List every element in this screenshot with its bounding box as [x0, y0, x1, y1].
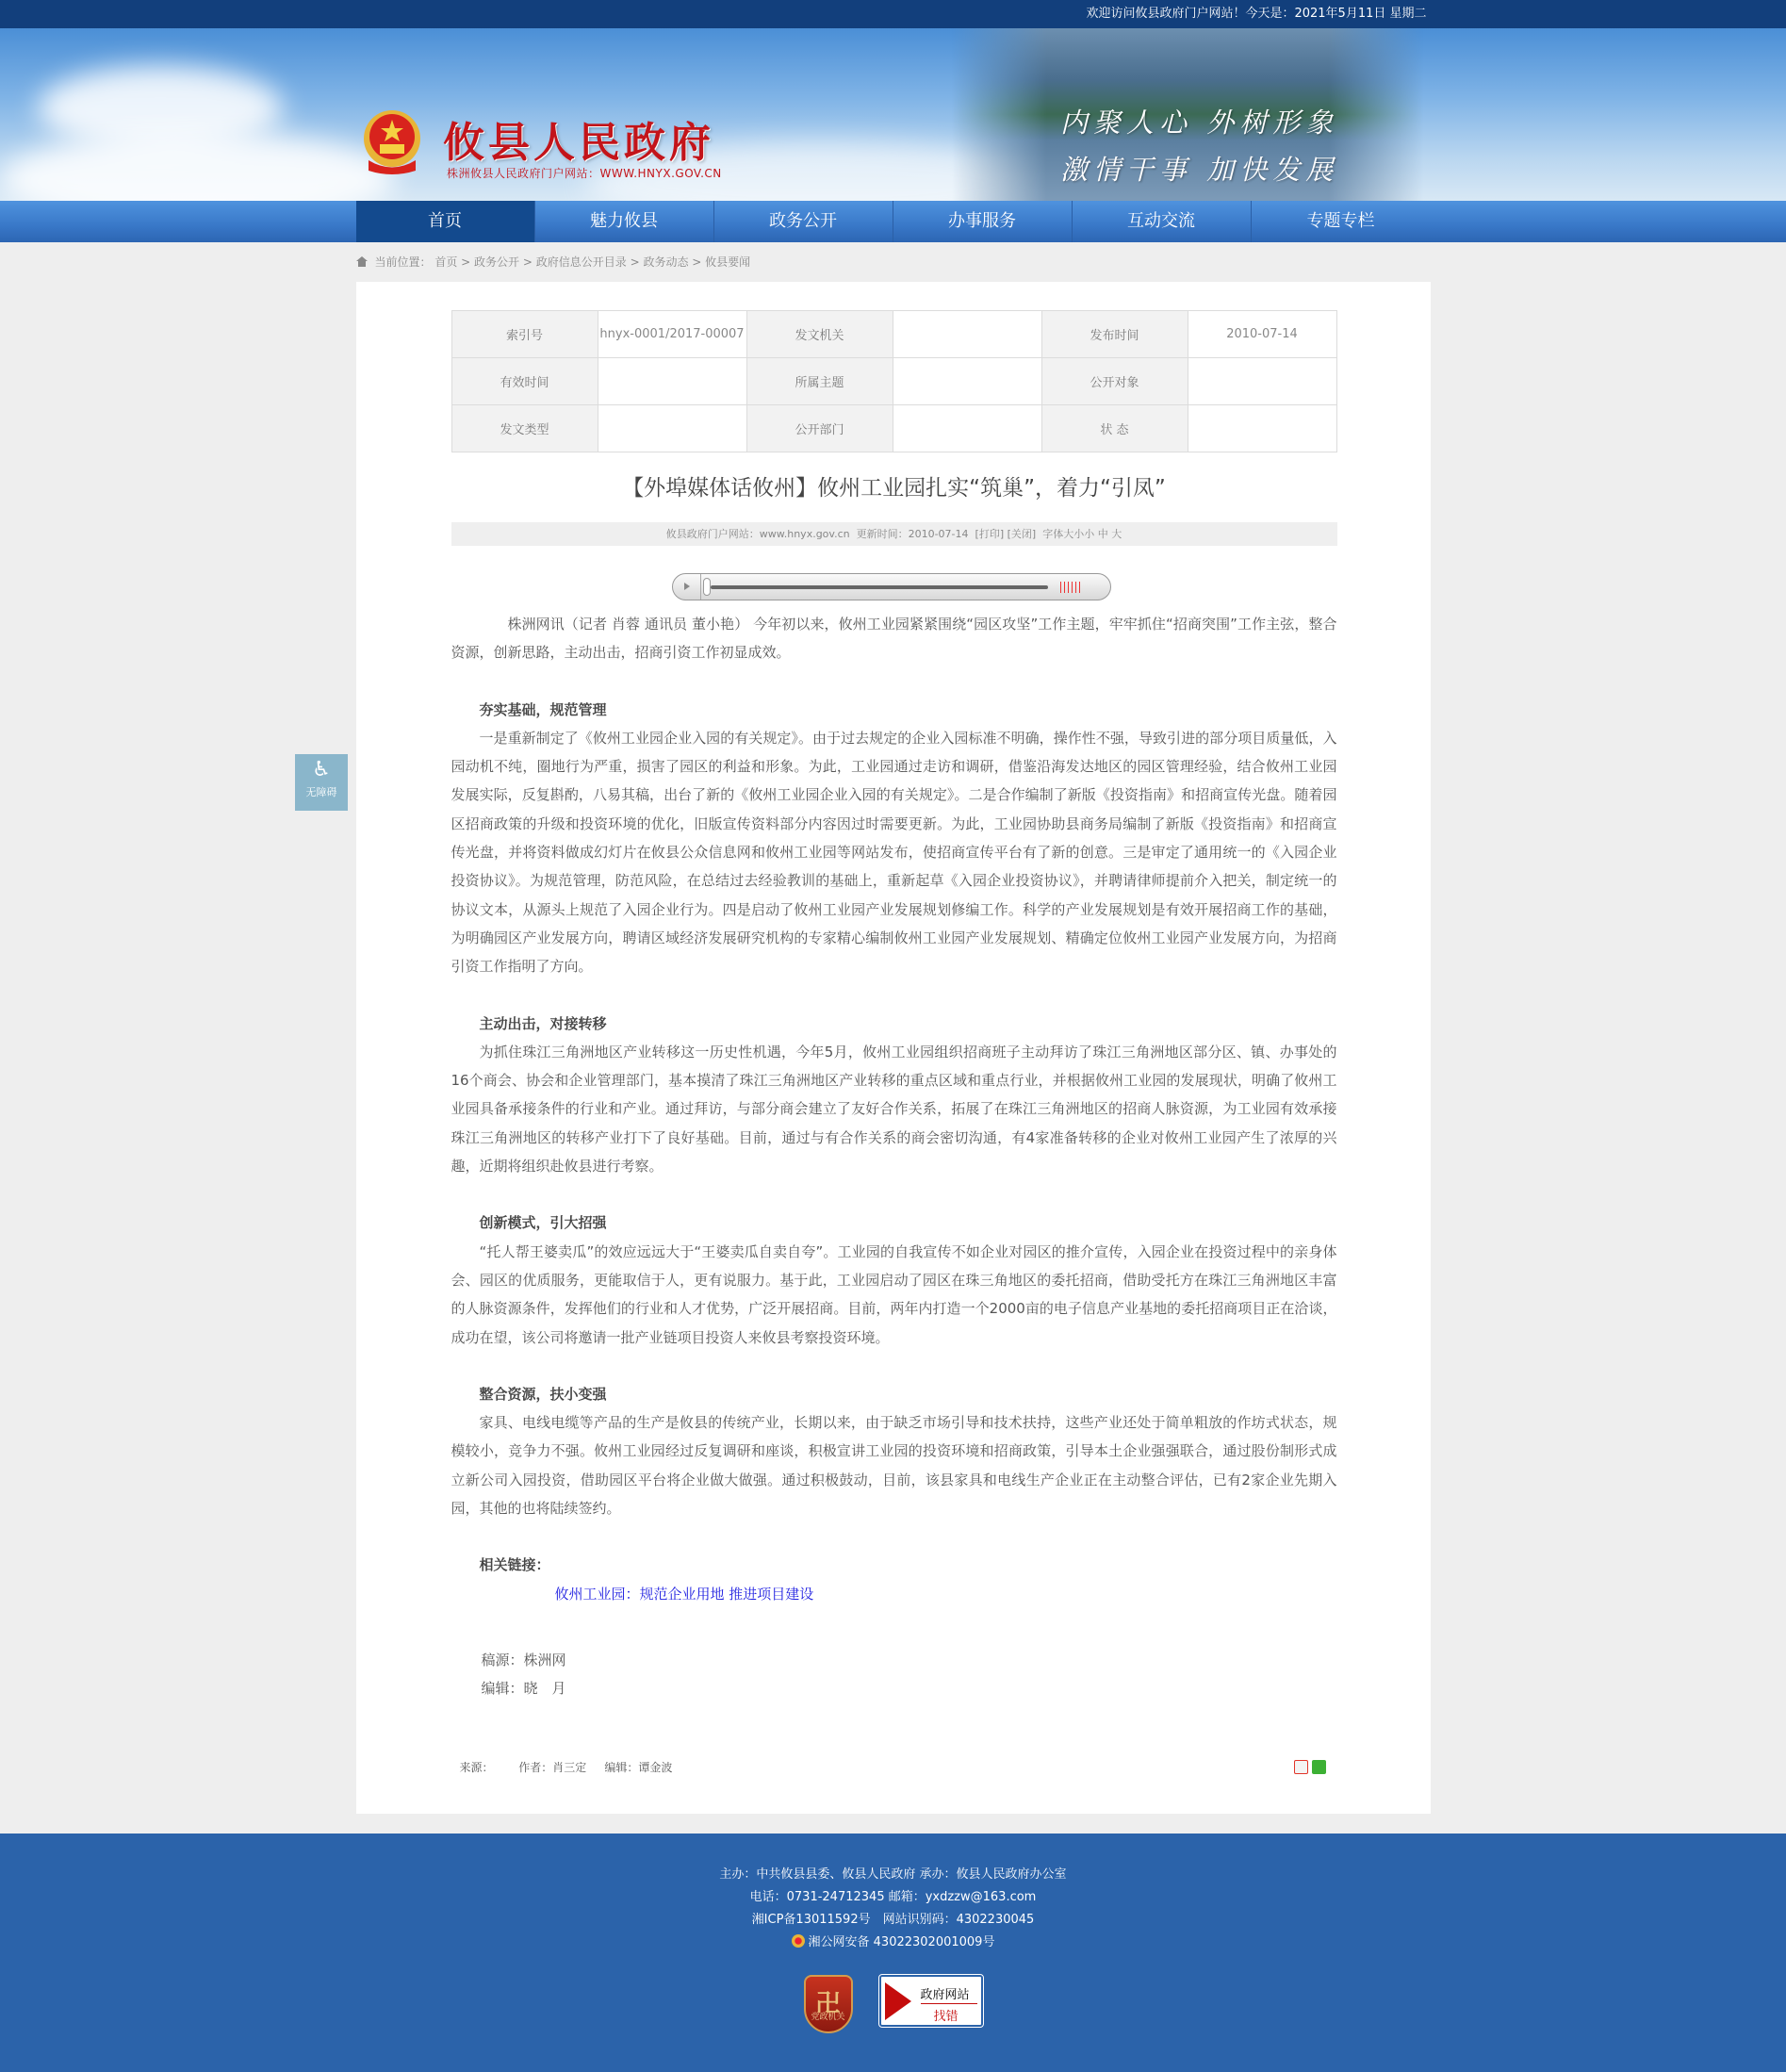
meta-value: [1188, 405, 1336, 452]
section-heading: 创新模式，引大招强: [451, 1209, 1337, 1237]
footer-sponsor: 主办：中共攸县县委、攸县人民政府 承办：攸县人民政府办公室: [0, 1864, 1786, 1886]
site-footer: 主办：中共攸县县委、攸县人民政府 承办：攸县人民政府办公室 电话：0731-24…: [0, 1834, 1786, 2072]
meta-value: [893, 358, 1041, 405]
section-paragraph: 一是重新制定了《攸州工业园企业入园的有关规定》。由于过去规定的企业入园标准不明确…: [451, 724, 1337, 981]
meta-value: [1188, 358, 1336, 405]
font-small-button[interactable]: 小: [1084, 528, 1094, 540]
breadcrumb-separator: >: [627, 255, 644, 269]
find-error-button[interactable]: 政府网站 找错: [879, 1975, 983, 2027]
section-heading: 主动出击，对接转移: [451, 1010, 1337, 1038]
breadcrumb-separator: >: [688, 255, 705, 269]
seek-handle[interactable]: [703, 578, 711, 596]
weibo-share-icon[interactable]: [1294, 1760, 1308, 1774]
breadcrumb-gov-news[interactable]: 政务动态: [643, 255, 688, 269]
meta-key: 发文类型: [451, 405, 598, 452]
nav-item-services[interactable]: 办事服务: [893, 201, 1073, 242]
breadcrumb-county-news[interactable]: 攸县要闻: [705, 255, 750, 269]
article-info-bar: 攸县政府门户网站：www.hnyx.gov.cn 更新时间：2010-07-14…: [451, 522, 1337, 546]
article-body: 株洲网讯（记者 肖蓉 通讯员 董小艳） 今年初以来，攸州工业园紧紧围绕“园区攻坚…: [451, 610, 1337, 1703]
nav-item-home[interactable]: 首页: [356, 201, 535, 242]
meta-key: 发布时间: [1041, 311, 1188, 358]
footer-source: 来源：: [460, 1761, 494, 1774]
meta-key: 所属主题: [746, 358, 893, 405]
party-badge-label: 党政机关: [806, 2010, 851, 2022]
breadcrumb-home[interactable]: 首页: [434, 255, 457, 269]
home-icon: [356, 256, 368, 267]
document-meta-table: 索引号hnyx-0001/2017-00007 发文机关 发布时间2010-07…: [451, 310, 1337, 452]
info-site: 攸县政府门户网站：www.hnyx.gov.cn: [666, 528, 850, 540]
meta-value: [598, 405, 746, 452]
nav-item-topics[interactable]: 专题专栏: [1252, 201, 1431, 242]
wechat-share-icon[interactable]: [1312, 1760, 1326, 1774]
footer-author: 作者：肖三定: [518, 1761, 586, 1774]
magnifier-icon: [885, 1982, 911, 2020]
play-icon[interactable]: [673, 574, 701, 600]
meta-key: 索引号: [451, 311, 598, 358]
related-links-label: 相关链接：: [451, 1551, 1337, 1579]
welcome-text: 欢迎访问攸县政府门户网站！今天是：2021年5月11日 星期二: [356, 0, 1431, 28]
footer-icp: 湘ICP备13011592号 网站识别码：4302230045: [0, 1909, 1786, 1932]
article-title: 【外埠媒体话攸州】攸州工业园扎实“筑巢”，着力“引凤”: [451, 470, 1337, 502]
nav-item-interaction[interactable]: 互动交流: [1073, 201, 1252, 242]
slogan-line-2: 激情干事 加快发展: [1060, 149, 1338, 188]
accessibility-label: 无障碍: [295, 784, 348, 799]
findbug-sub: 找错: [934, 2006, 959, 2024]
meta-value: [893, 405, 1041, 452]
meta-value: 2010-07-14: [1188, 311, 1336, 358]
meta-value: [598, 358, 746, 405]
meta-key: 状 态: [1041, 405, 1188, 452]
meta-key: 公开对象: [1041, 358, 1188, 405]
section-heading: 整合资源，扶小变强: [451, 1380, 1337, 1408]
party-gov-badge[interactable]: 卍 党政机关: [804, 1975, 853, 2033]
lead-paragraph: 株洲网讯（记者 肖蓉 通讯员 董小艳） 今年初以来，攸州工业园紧紧围绕“园区攻坚…: [451, 610, 1337, 667]
breadcrumb: 当前位置： 首页 > 政务公开 > 政府信息公开目录 > 政务动态 > 攸县要闻: [356, 242, 1431, 282]
nav-item-charm[interactable]: 魅力攸县: [535, 201, 714, 242]
font-medium-button[interactable]: 中: [1098, 528, 1108, 540]
meta-key: 公开部门: [746, 405, 893, 452]
close-link[interactable]: [关闭]: [1008, 528, 1037, 540]
article-container: 索引号hnyx-0001/2017-00007 发文机关 发布时间2010-07…: [356, 282, 1431, 1814]
findbug-title: 政府网站: [921, 1984, 970, 2002]
section-paragraph: 家具、电线电缆等产品的生产是攸县的传统产业，长期以来，由于缺乏市场引导和技术扶持…: [451, 1408, 1337, 1522]
wheelchair-icon: ♿: [295, 754, 348, 784]
font-size-label: 字体大小: [1042, 528, 1084, 540]
seek-track[interactable]: [711, 585, 1048, 589]
breadcrumb-separator: >: [519, 255, 536, 269]
print-link[interactable]: [打印]: [975, 528, 1005, 540]
breadcrumb-info-catalog[interactable]: 政府信息公开目录: [536, 255, 627, 269]
audio-player: [672, 573, 1111, 600]
top-bar: 欢迎访问攸县政府门户网站！今天是：2021年5月11日 星期二: [0, 0, 1786, 28]
footer-police-record[interactable]: 湘公网安备 43022302001009号: [809, 1935, 995, 1949]
meta-value: [893, 311, 1041, 358]
font-large-button[interactable]: 大: [1111, 528, 1122, 540]
header-banner: 攸县人民政府 株洲攸县人民政府门户网站：WWW.HNYX.GOV.CN 内聚人心…: [0, 28, 1786, 201]
site-title: 攸县人民政府: [443, 108, 714, 169]
breadcrumb-gov-affairs[interactable]: 政务公开: [474, 255, 519, 269]
section-paragraph: 为抓住珠江三角洲地区产业转移这一历史性机遇，今年5月，攸州工业园组织招商班子主动…: [451, 1038, 1337, 1180]
volume-icon[interactable]: [1060, 582, 1081, 593]
main-nav: 首页 魅力攸县 政务公开 办事服务 互动交流 专题专栏: [0, 201, 1786, 242]
section-heading: 夯实基础，规范管理: [451, 696, 1337, 724]
national-emblem-icon: [361, 108, 423, 176]
article-source: 稿源：株洲网: [451, 1646, 1337, 1674]
meta-key: 有效时间: [451, 358, 598, 405]
meta-value: hnyx-0001/2017-00007: [598, 311, 746, 358]
article-editor: 编辑：晓 月: [451, 1674, 1337, 1702]
police-badge-icon: [792, 1934, 805, 1948]
related-link[interactable]: 攸州工业园：规范企业用地 推进项目建设: [555, 1586, 814, 1603]
nav-item-gov-affairs[interactable]: 政务公开: [714, 201, 893, 242]
footer-contact: 电话：0731-24712345 邮箱：yxdzzw@163.com: [0, 1886, 1786, 1909]
footer-editor: 编辑：谭金波: [604, 1761, 672, 1774]
accessibility-button[interactable]: ♿ 无障碍: [295, 754, 348, 811]
info-updated: 更新时间：2010-07-14: [857, 528, 969, 540]
breadcrumb-label: 当前位置：: [375, 255, 432, 269]
article-footer-meta: 来源： 作者：肖三定 编辑：谭金波: [460, 1759, 673, 1775]
breadcrumb-separator: >: [457, 255, 474, 269]
meta-key: 发文机关: [746, 311, 893, 358]
site-subtitle: 株洲攸县人民政府门户网站：WWW.HNYX.GOV.CN: [447, 165, 722, 181]
slogan-line-1: 内聚人心 外树形象: [1060, 102, 1338, 140]
section-paragraph: “托人帮王婆卖瓜”的效应远远大于“王婆卖瓜自卖自夸”。工业园的自我宣传不如企业对…: [451, 1238, 1337, 1352]
